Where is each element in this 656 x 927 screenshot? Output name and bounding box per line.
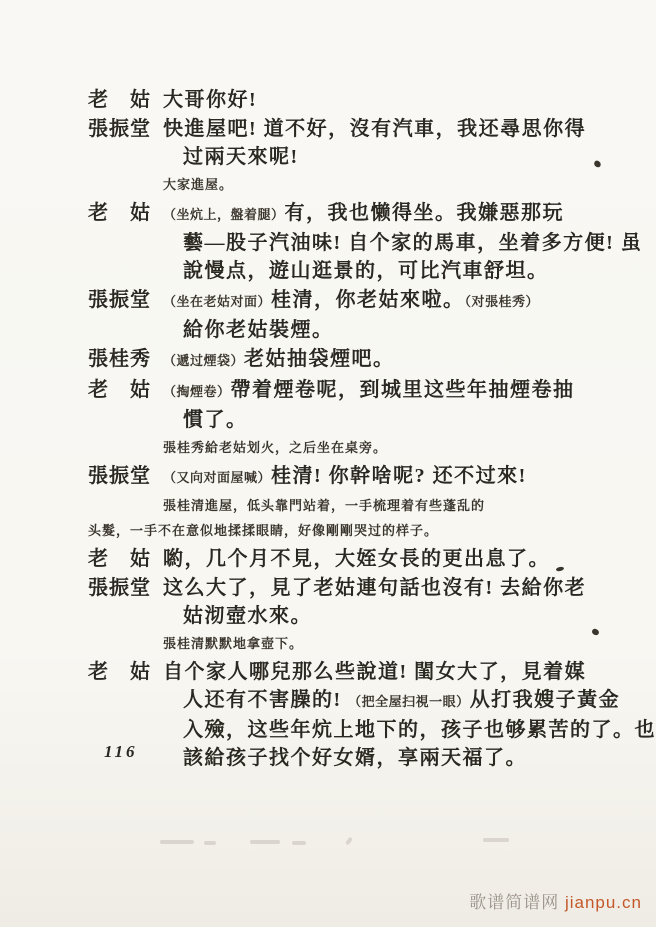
speech-segment: 桂清! 你幹啥呢? 还不过來! <box>271 465 527 487</box>
speech-segment: 人还有不害臊的! <box>183 689 348 711</box>
speech-line: 人还有不害臊的! （把全屋扫視一眼）从打我嫂子黃金 <box>163 686 656 716</box>
speaker-name: 老 姑 <box>88 545 158 573</box>
speech-text: （坐炕上，盤着腿）有，我也懒得坐。我嫌惡那玩藝—股子汽油味! 自个家的馬車，坐着… <box>163 199 642 285</box>
speech-line: （掏煙卷）帶着煙卷呢，到城里这些年抽煙卷抽 <box>163 376 575 406</box>
speech-text: （又向对面屋喊）桂清! 你幹啥呢? 还不过來! <box>163 462 527 492</box>
speech-segment: 喲，几个月不見，大姪女長的更出息了。 <box>163 548 550 570</box>
speech-segment: 帶着煙卷呢，到城里这些年抽煙卷抽 <box>231 379 575 401</box>
speech-text: 快進屋吧! 道不好，沒有汽車，我还尋思你得过兩天來呢! <box>163 115 586 171</box>
speech-line: （又向对面屋喊）桂清! 你幹啥呢? 还不过來! <box>163 462 527 492</box>
speaker-name: 張振堂 <box>88 286 158 314</box>
dialogue-entry: 張振堂（又向对面屋喊）桂清! 你幹啥呢? 还不过來! <box>88 462 588 492</box>
speech-text: （掏煙卷）帶着煙卷呢，到城里这些年抽煙卷抽慣了。 <box>163 376 575 434</box>
speech-segment: 大哥你好! <box>163 89 257 111</box>
speaker-name: 張振堂 <box>88 115 158 143</box>
speech-line: （坐在老姑对面）桂清，你老姑來啦。（对張桂秀） <box>163 286 539 316</box>
speech-segment: 說慢点，遊山逛景的，可比汽車舒坦。 <box>183 260 549 282</box>
scan-artifact <box>204 841 216 845</box>
speech-segment: 自个家人哪兒那么些說道! 閨女大了，見着媒 <box>163 661 586 683</box>
scan-artifact <box>345 837 353 846</box>
speaker-name: 老 姑 <box>88 658 158 686</box>
speech-segment: 有，我也懒得坐。我嫌惡那玩 <box>285 202 565 224</box>
scan-speck <box>593 160 602 169</box>
speech-segment: 快進屋吧! 道不好，沒有汽車，我还尋思你得 <box>163 118 586 140</box>
dialogue-entry: 張振堂（坐在老姑对面）桂清，你老姑來啦。（对張桂秀）給你老姑裝煙。 <box>88 286 588 344</box>
speech-line: 快進屋吧! 道不好，沒有汽車，我还尋思你得 <box>163 115 586 143</box>
inline-stage-direction: （又向对面屋喊） <box>163 470 271 485</box>
speaker-name: 張振堂 <box>88 462 158 490</box>
speech-line: 慣了。 <box>163 406 575 434</box>
stage-direction-line: 張桂秀給老姑划火，之后坐在桌旁。 <box>163 437 588 459</box>
speech-segment: 老姑抽袋煙吧。 <box>244 348 395 370</box>
scan-artifact <box>483 838 509 842</box>
speech-line: 过兩天來呢! <box>163 143 586 171</box>
scanned-book-page: 老 姑大哥你好!張振堂快進屋吧! 道不好，沒有汽車，我还尋思你得过兩天來呢!大家… <box>0 0 656 927</box>
scan-speck <box>591 628 600 636</box>
speech-segment: 給你老姑裝煙。 <box>183 319 334 341</box>
inline-stage-direction: （遞过煙袋） <box>163 353 244 368</box>
speaker-name: 老 姑 <box>88 86 158 114</box>
speaker-name: 老 姑 <box>88 376 158 404</box>
page-number: 116 <box>104 742 138 762</box>
scan-artifact <box>160 840 194 844</box>
speech-line: 入殮，这些年炕上地下的，孩子也够累苦的了。也 <box>163 716 656 744</box>
play-script-text-block: 老 姑大哥你好!張振堂快進屋吧! 道不好，沒有汽車，我还尋思你得过兩天來呢!大家… <box>88 86 588 773</box>
speech-segment: 藝—股子汽油味! 自个家的馬車，坐着多方便! 虽 <box>183 232 642 254</box>
speech-segment: 过兩天來呢! <box>183 146 299 168</box>
speaker-name: 張振堂 <box>88 574 158 602</box>
dialogue-entry: 張振堂这么大了，見了老姑連句話也沒有! 去給你老姑沏壺水來。 <box>88 574 588 630</box>
speech-line: （坐炕上，盤着腿）有，我也懒得坐。我嫌惡那玩 <box>163 199 642 229</box>
stage-direction-line: 張桂清進屋，低头靠門站着，一手梳理着有些蓬乱的 <box>163 495 588 517</box>
watermark: 歌谱简谱网 jianpu.cn <box>469 888 642 913</box>
speech-segment: 慣了。 <box>183 409 248 431</box>
inline-stage-direction: （坐炕上，盤着腿） <box>163 207 285 222</box>
speech-segment: 入殮，这些年炕上地下的，孩子也够累苦的了。也 <box>183 719 656 741</box>
inline-stage-direction: （把全屋扫視一眼） <box>348 694 470 709</box>
speech-segment: 这么大了，見了老姑連句話也沒有! 去給你老 <box>163 577 586 599</box>
speech-line: 該給孩子找个好女婿，享兩天福了。 <box>163 744 656 772</box>
speech-segment: 該給孩子找个好女婿，享兩天福了。 <box>183 747 527 769</box>
watermark-site-name: 歌谱简谱网 <box>469 893 559 912</box>
dialogue-entry: 老 姑（掏煙卷）帶着煙卷呢，到城里这些年抽煙卷抽慣了。 <box>88 376 588 434</box>
speech-line: 姑沏壺水來。 <box>163 602 586 630</box>
stage-direction-line: 大家進屋。 <box>163 174 588 196</box>
speech-text: 大哥你好! <box>163 86 257 114</box>
watermark-site-url: jianpu.cn <box>565 893 642 912</box>
speech-segment: 从打我嫂子黃金 <box>470 689 621 711</box>
speech-text: （坐在老姑对面）桂清，你老姑來啦。（对張桂秀）給你老姑裝煙。 <box>163 286 539 344</box>
dialogue-entry: 張桂秀（遞过煙袋）老姑抽袋煙吧。 <box>88 345 588 375</box>
speech-line: 給你老姑裝煙。 <box>163 316 539 344</box>
speech-line: 自个家人哪兒那么些說道! 閨女大了，見着媒 <box>163 658 656 686</box>
speech-line: 这么大了，見了老姑連句話也沒有! 去給你老 <box>163 574 586 602</box>
dialogue-entry: 老 姑（坐炕上，盤着腿）有，我也懒得坐。我嫌惡那玩藝—股子汽油味! 自个家的馬車… <box>88 199 588 285</box>
speech-text: 喲，几个月不見，大姪女長的更出息了。 <box>163 545 550 573</box>
speech-line: 藝—股子汽油味! 自个家的馬車，坐着多方便! 虽 <box>163 229 642 257</box>
speech-text: 自个家人哪兒那么些說道! 閨女大了，見着媒人还有不害臊的! （把全屋扫視一眼）从… <box>163 658 656 772</box>
speech-segment: 桂清，你老姑來啦。 <box>271 289 465 311</box>
speech-text: （遞过煙袋）老姑抽袋煙吧。 <box>163 345 395 375</box>
speaker-name: 老 姑 <box>88 199 158 227</box>
dialogue-entry: 老 姑大哥你好! <box>88 86 588 114</box>
speech-line: 喲，几个月不見，大姪女長的更出息了。 <box>163 545 550 573</box>
speech-line: 說慢点，遊山逛景的，可比汽車舒坦。 <box>163 257 642 285</box>
inline-stage-direction: （掏煙卷） <box>163 384 231 399</box>
inline-stage-direction: （对張桂秀） <box>465 294 540 309</box>
speech-text: 这么大了，見了老姑連句話也沒有! 去給你老姑沏壺水來。 <box>163 574 586 630</box>
speaker-name: 張桂秀 <box>88 345 158 373</box>
scan-artifact <box>250 840 280 844</box>
dialogue-entry: 老 姑自个家人哪兒那么些說道! 閨女大了，見着媒人还有不害臊的! （把全屋扫視一… <box>88 658 588 772</box>
speech-segment: 姑沏壺水來。 <box>183 605 312 627</box>
speech-line: 大哥你好! <box>163 86 257 114</box>
dialogue-entry: 張振堂快進屋吧! 道不好，沒有汽車，我还尋思你得过兩天來呢! <box>88 115 588 171</box>
speech-line: （遞过煙袋）老姑抽袋煙吧。 <box>163 345 395 375</box>
dialogue-entry: 老 姑喲，几个月不見，大姪女長的更出息了。 <box>88 545 588 573</box>
stage-direction-line: 头髮，一手不在意似地揉揉眼睛，好像剛剛哭过的样子。 <box>88 520 588 542</box>
scan-artifact <box>292 841 306 845</box>
inline-stage-direction: （坐在老姑对面） <box>163 294 271 309</box>
stage-direction-line: 張桂清默默地拿壺下。 <box>163 633 588 655</box>
